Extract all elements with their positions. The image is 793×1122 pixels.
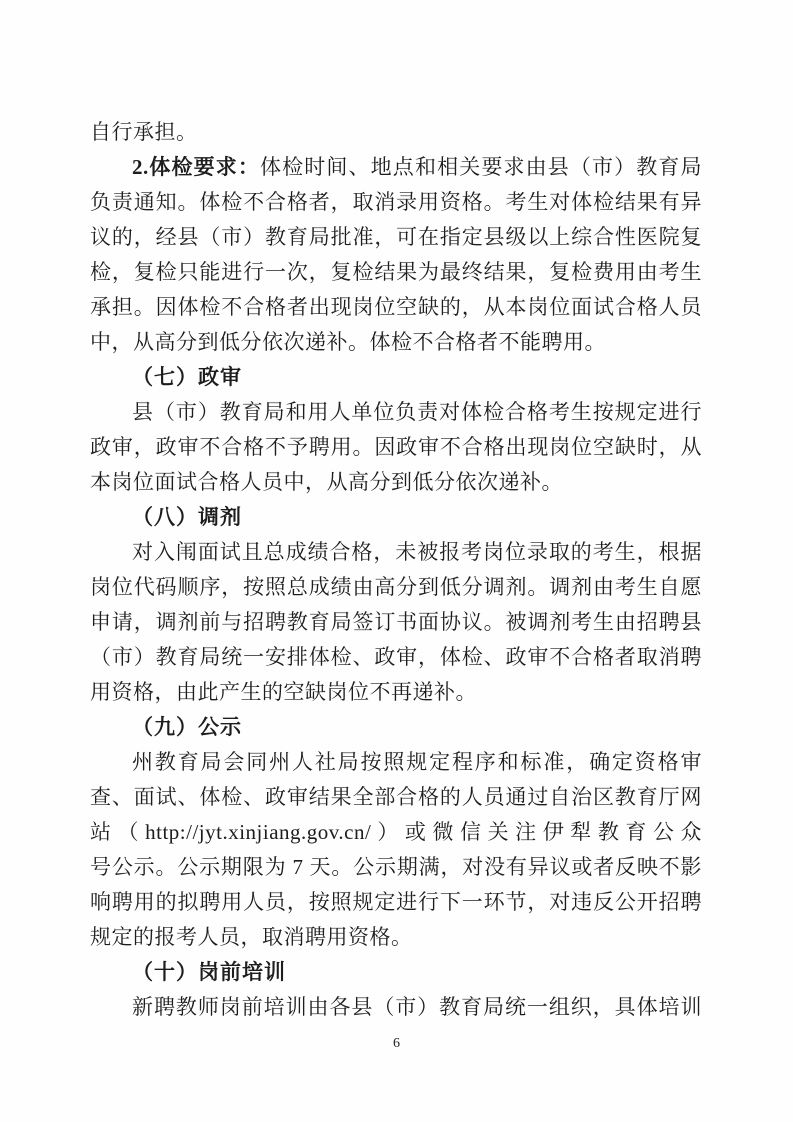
text-line: 对入闱面试且总成绩合格，未被报考岗位录取的考生，根据 <box>90 535 702 570</box>
text-line: 规定的报考人员，取消聘用资格。 <box>90 920 702 955</box>
heading-section-9-public-notice: （九）公示 <box>90 710 702 745</box>
text-line: 检，复检只能进行一次，复检结果为最终结果，复检费用由考生 <box>90 255 702 290</box>
text-line: 议的，经县（市）教育局批准，可在指定县级以上综合性医院复 <box>90 220 702 255</box>
text-line-with-url: 站（http://jyt.xinjiang.gov.cn/）或微信关注伊犁教育公… <box>90 815 702 850</box>
text-line: 州教育局会同州人社局按照规定程序和标准，确定资格审 <box>90 745 702 780</box>
text-line: 新聘教师岗前培训由各县（市）教育局统一组织，具体培训 <box>90 990 702 1025</box>
heading-section-8-adjustment: （八）调剂 <box>90 500 702 535</box>
document-page: 自行承担。 2.体检要求：体检时间、地点和相关要求由县（市）教育局 负责通知。体… <box>0 0 793 1122</box>
text-line: 承担。因体检不合格者出现岗位空缺的，从本岗位面试合格人员 <box>90 290 702 325</box>
text-line: 自行承担。 <box>90 115 702 150</box>
text-line-rest: 体检时间、地点和相关要求由县（市）教育局 <box>260 155 702 179</box>
text-line: （市）教育局统一安排体检、政审，体检、政审不合格者取消聘 <box>90 640 702 675</box>
text-line: 政审，政审不合格不予聘用。因政审不合格出现岗位空缺时，从 <box>90 430 702 465</box>
text-line: 申请，调剂前与招聘教育局签订书面协议。被调剂考生由招聘县 <box>90 605 702 640</box>
heading-section-10-pre-job-training: （十）岗前培训 <box>90 955 702 990</box>
text-line: 负责通知。体检不合格者，取消录用资格。考生对体检结果有异 <box>90 185 702 220</box>
page-number: 6 <box>0 1034 793 1054</box>
text-line: 用资格，由此产生的空缺岗位不再递补。 <box>90 675 702 710</box>
text-line: 响聘用的拟聘用人员，按照规定进行下一环节，对违反公开招聘 <box>90 885 702 920</box>
document-body: 自行承担。 2.体检要求：体检时间、地点和相关要求由县（市）教育局 负责通知。体… <box>90 115 702 1025</box>
paragraph-lead-line: 2.体检要求：体检时间、地点和相关要求由县（市）教育局 <box>90 150 702 185</box>
text-line: 县（市）教育局和用人单位负责对体检合格考生按规定进行 <box>90 395 702 430</box>
text-line: 岗位代码顺序，按照总成绩由高分到低分调剂。调剂由考生自愿 <box>90 570 702 605</box>
text-line: 号公示。公示期限为 7 天。公示期满，对没有异议或者反映不影 <box>90 850 702 885</box>
text-line: 中，从高分到低分依次递补。体检不合格者不能聘用。 <box>90 325 702 360</box>
text-line: 本岗位面试合格人员中，从高分到低分依次递补。 <box>90 465 702 500</box>
item-2-label: 2.体检要求： <box>132 155 260 179</box>
heading-section-7-political-review: （七）政审 <box>90 360 702 395</box>
text-line: 查、面试、体检、政审结果全部合格的人员通过自治区教育厅网 <box>90 780 702 815</box>
